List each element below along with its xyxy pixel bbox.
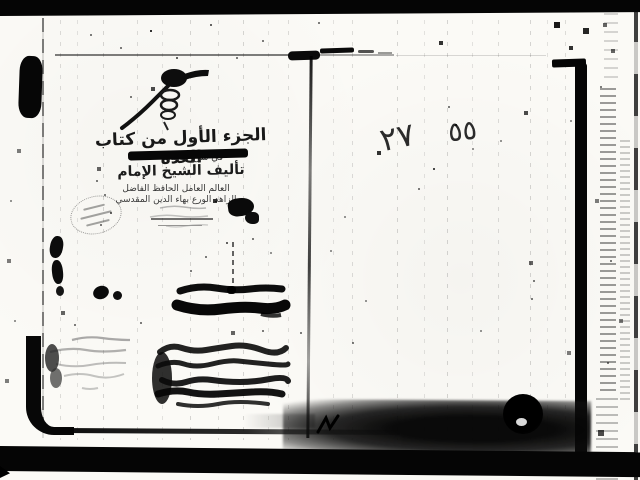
faint-scribble-block bbox=[42, 330, 142, 395]
fold-crease bbox=[424, 20, 425, 440]
fold-crease bbox=[397, 20, 398, 440]
margin-ink-blob bbox=[56, 286, 64, 296]
margin-ink-blob bbox=[48, 235, 65, 259]
ink-dash bbox=[320, 47, 354, 53]
owner-scribble-block bbox=[148, 338, 298, 410]
title-line-3: تأليف الشيخ الإمام bbox=[116, 162, 246, 180]
title-line-4: العالم العامل الحافظ الفاضل bbox=[112, 184, 240, 194]
page-edge-texture-strip bbox=[590, 0, 640, 480]
film-edge-line bbox=[634, 0, 638, 480]
ink-dot bbox=[113, 291, 122, 300]
frame-junction-ink-blob bbox=[288, 50, 320, 60]
calligraphic-flourish bbox=[118, 62, 213, 132]
fold-crease bbox=[352, 20, 353, 440]
fold-crease bbox=[472, 20, 473, 440]
shelf-number-right: ٥٥ bbox=[446, 115, 478, 149]
ink-blot bbox=[245, 212, 259, 224]
fold-crease bbox=[547, 20, 548, 440]
fold-crease bbox=[498, 20, 499, 440]
fold-crease bbox=[530, 20, 531, 440]
manuscript-scan: الجزء الأول من كتاب العدة في شرح العمدة … bbox=[0, 0, 640, 480]
edge-dashes bbox=[604, 4, 618, 84]
page-frame-top-line-faint bbox=[396, 55, 546, 56]
ink-dash bbox=[378, 52, 392, 54]
fold-crease bbox=[447, 20, 448, 440]
redaction-scribble bbox=[175, 282, 290, 320]
gutter-line bbox=[306, 56, 312, 438]
margin-ink-blob bbox=[51, 259, 64, 284]
fold-crease bbox=[333, 20, 334, 440]
cover-edge-vertical-bar bbox=[575, 63, 587, 458]
small-zigzag-mark bbox=[314, 412, 344, 438]
edge-dashes bbox=[600, 88, 616, 393]
ink-dash bbox=[358, 50, 374, 53]
faint-inscription-squiggles bbox=[140, 202, 240, 232]
page-frame-top-line-extension bbox=[310, 54, 394, 56]
scan-noise-specks bbox=[0, 0, 2, 2]
fold-crease bbox=[565, 20, 566, 440]
film-top-band bbox=[0, 0, 640, 16]
round-ink-blob bbox=[503, 394, 543, 434]
film-bottom-band bbox=[0, 446, 640, 477]
shelf-number-left: ٢٧ bbox=[376, 115, 418, 159]
edge-dashes bbox=[620, 140, 630, 400]
page-frame-top-line bbox=[55, 54, 308, 56]
page-frame-left-ink-blob bbox=[18, 56, 43, 119]
ink-dot bbox=[91, 284, 110, 302]
